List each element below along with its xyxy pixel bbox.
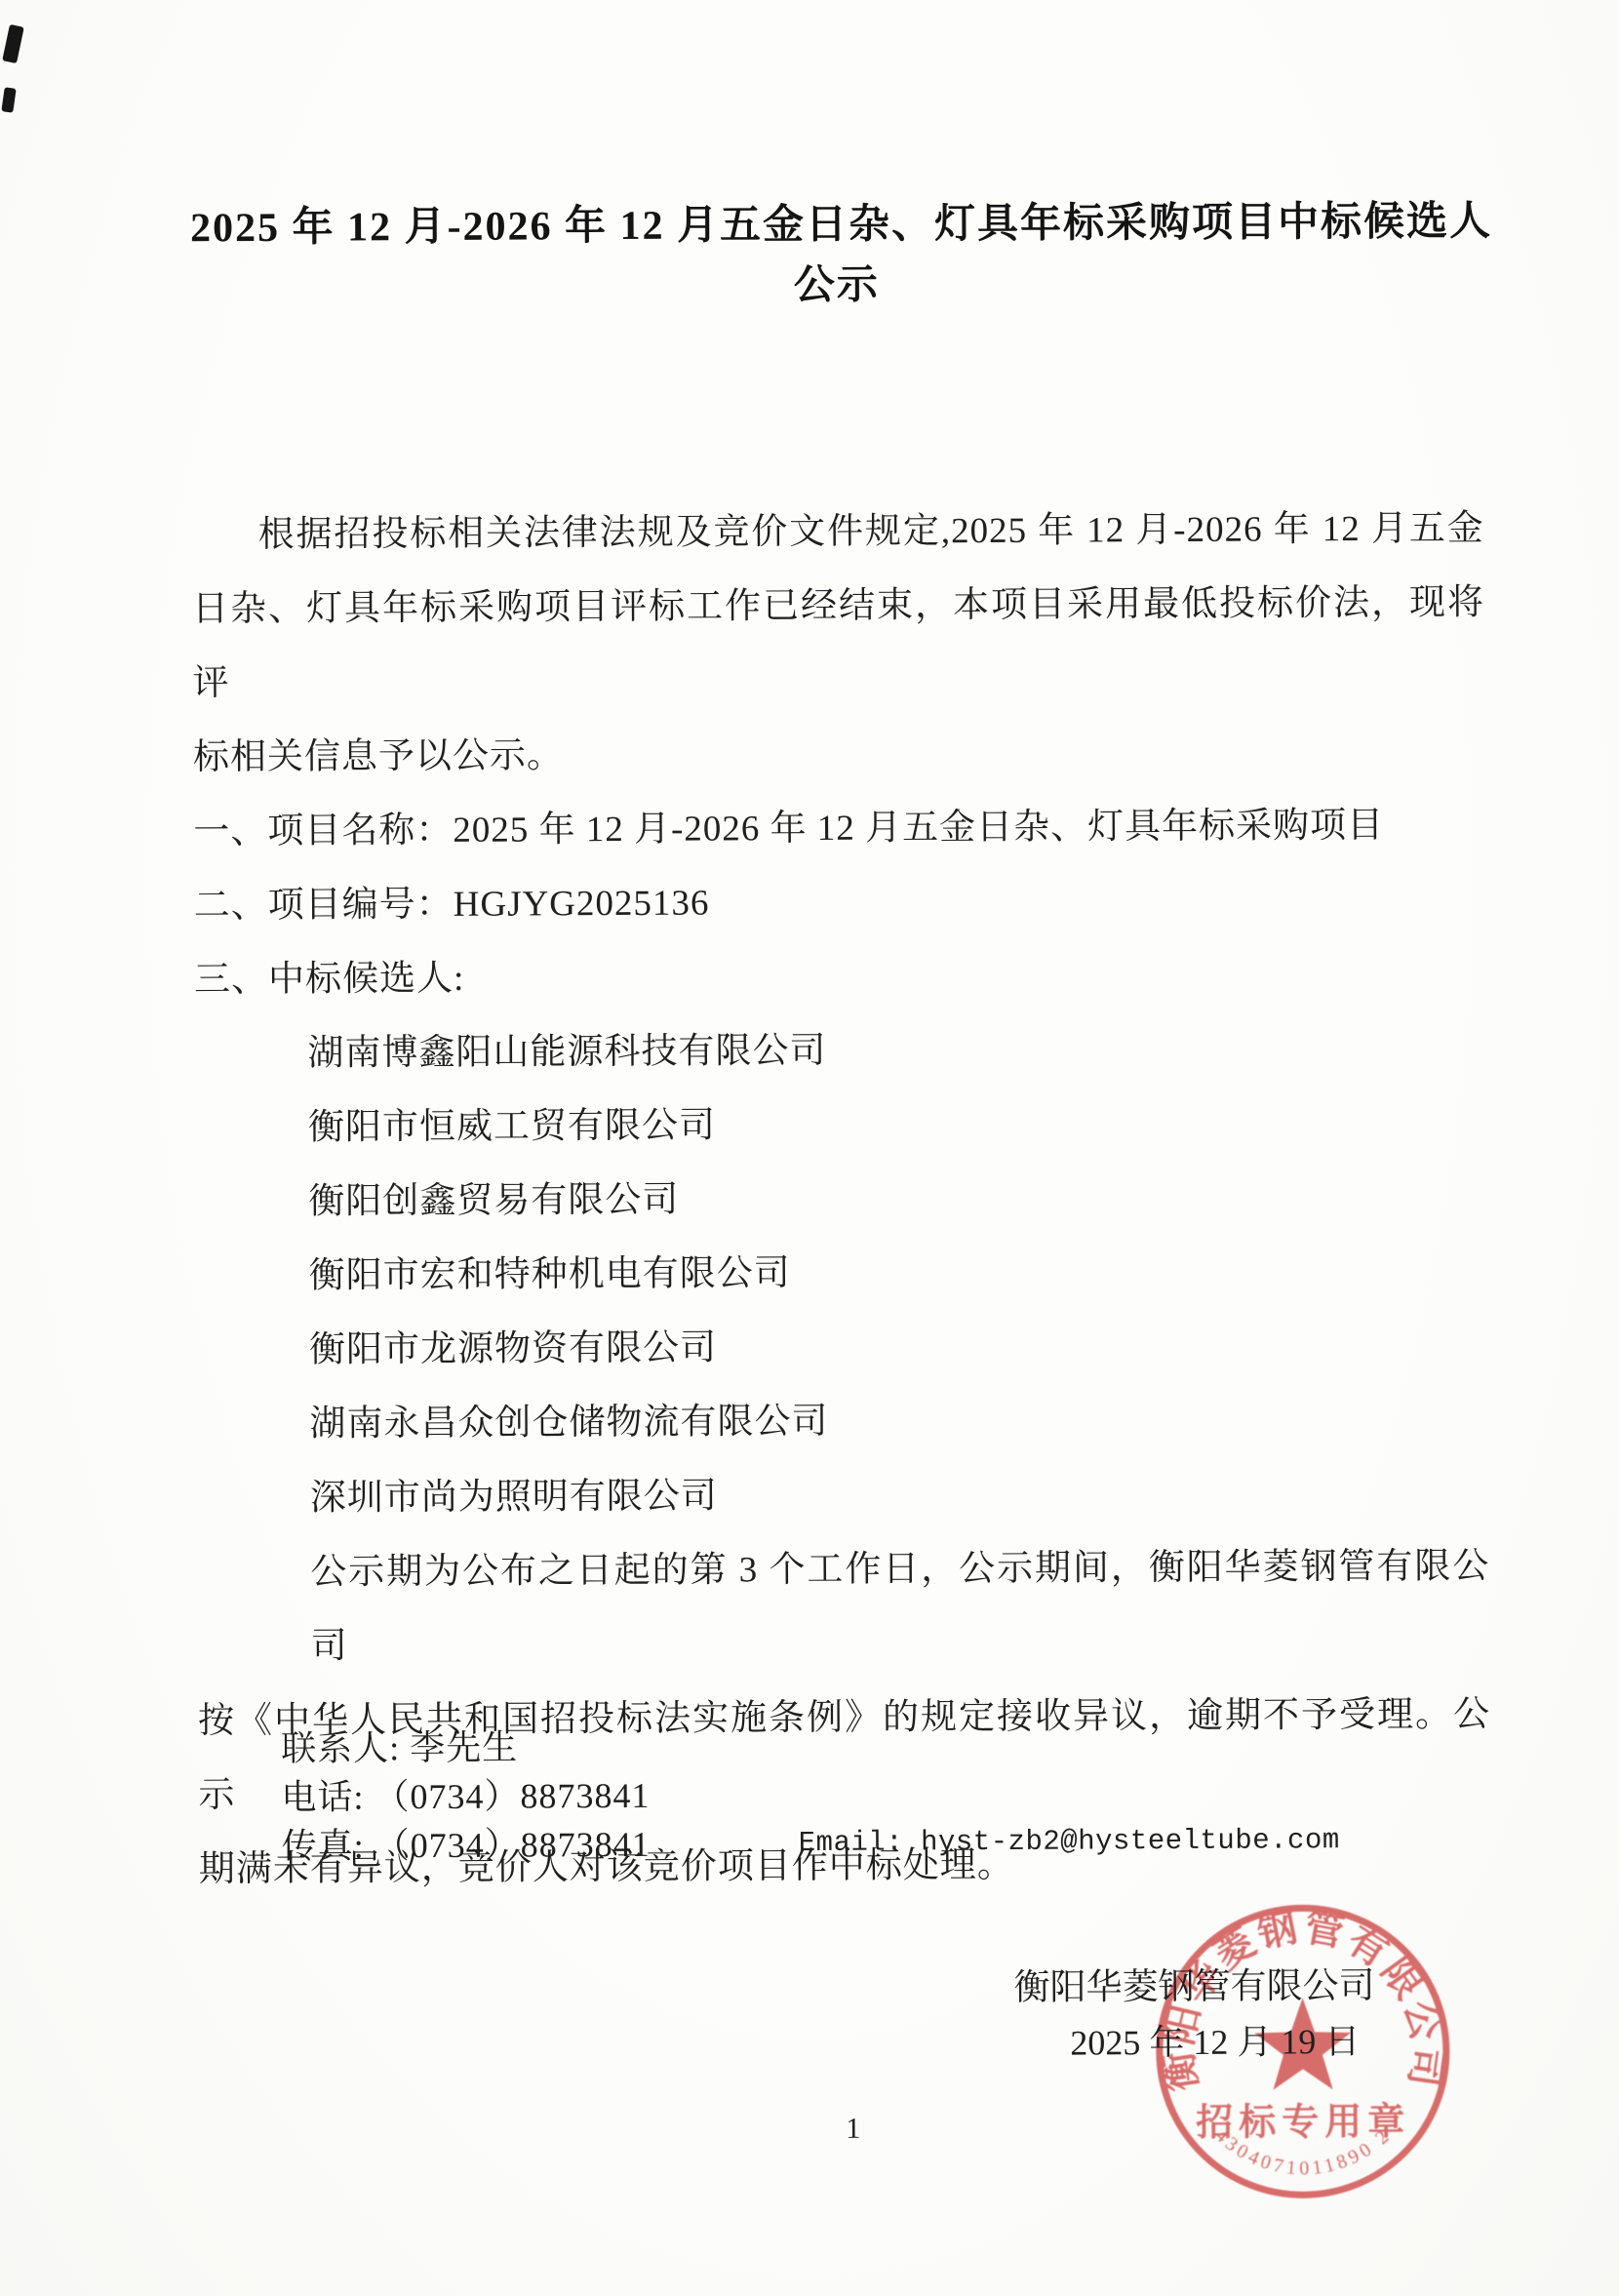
intro-line-1: 根据招投标相关法律法规及竞价文件规定,2025 年 12 月-2026 年 12… <box>192 492 1484 573</box>
document-title: 2025 年 12 月-2026 年 12 月五金日杂、灯具年标采购项目中标候选… <box>190 191 1483 319</box>
title-line-1: 2025 年 12 月-2026 年 12 月五金日杂、灯具年标采购项目中标候选… <box>190 191 1482 258</box>
contact-person: 联系人: 李先生 <box>281 1719 1451 1773</box>
signature-date: 2025 年 12 月 19 日 <box>1041 2014 1390 2071</box>
notice-line-1: 公示期为公布之日起的第 3 个工作日，公示期间，衡阳华菱钢管有限公司 <box>197 1529 1490 1684</box>
contact-block: 联系人: 李先生 电话: （0734）8873841 传真: （0734）887… <box>281 1719 1452 1871</box>
document-content: 2025 年 12 月-2026 年 12 月五金日杂、灯具年标采购项目中标候选… <box>0 0 1619 2296</box>
document-page: 2025 年 12 月-2026 年 12 月五金日杂、灯具年标采购项目中标候选… <box>0 0 1619 2296</box>
candidate-item-3: 衡阳创鑫贸易有限公司 <box>195 1159 1487 1240</box>
page-number: 1 <box>846 2113 860 2146</box>
signature-block: 衡阳华菱钢管有限公司 2025 年 12 月 19 日 <box>999 1960 1390 2071</box>
intro-line-2: 日杂、灯具年标采购项目评标工作已经结束，本项目采用最低投标价法，现将评 <box>192 566 1485 721</box>
project-name-line: 一、项目名称：2025 年 12 月-2026 年 12 月五金日杂、灯具年标采… <box>193 788 1485 869</box>
candidate-item-5: 衡阳市龙源物资有限公司 <box>196 1307 1488 1388</box>
candidate-item-7: 深圳市尚为照明有限公司 <box>197 1455 1489 1536</box>
candidate-item-1: 湖南博鑫阳山能源科技有限公司 <box>194 1010 1486 1091</box>
signature-company: 衡阳华菱钢管有限公司 <box>999 1960 1389 2016</box>
candidate-item-6: 湖南永昌众创仓储物流有限公司 <box>196 1381 1488 1462</box>
project-number-line: 二、项目编号：HGJYG2025136 <box>193 862 1485 943</box>
contact-phone: 电话: （0734）8873841 <box>281 1767 1451 1822</box>
title-line-2: 公示 <box>190 252 1482 319</box>
candidate-item-4: 衡阳市宏和特种机电有限公司 <box>195 1233 1487 1314</box>
contact-email: Email: hyst-zb2@hysteeltube.com <box>799 1816 1340 1868</box>
document-body: 根据招投标相关法律法规及竞价文件规定,2025 年 12 月-2026 年 12… <box>192 492 1492 1907</box>
candidate-item-2: 衡阳市恒威工贸有限公司 <box>195 1085 1487 1166</box>
intro-line-3: 标相关信息予以公示。 <box>193 714 1485 795</box>
candidates-label-line: 三、中标候选人: <box>194 936 1486 1017</box>
